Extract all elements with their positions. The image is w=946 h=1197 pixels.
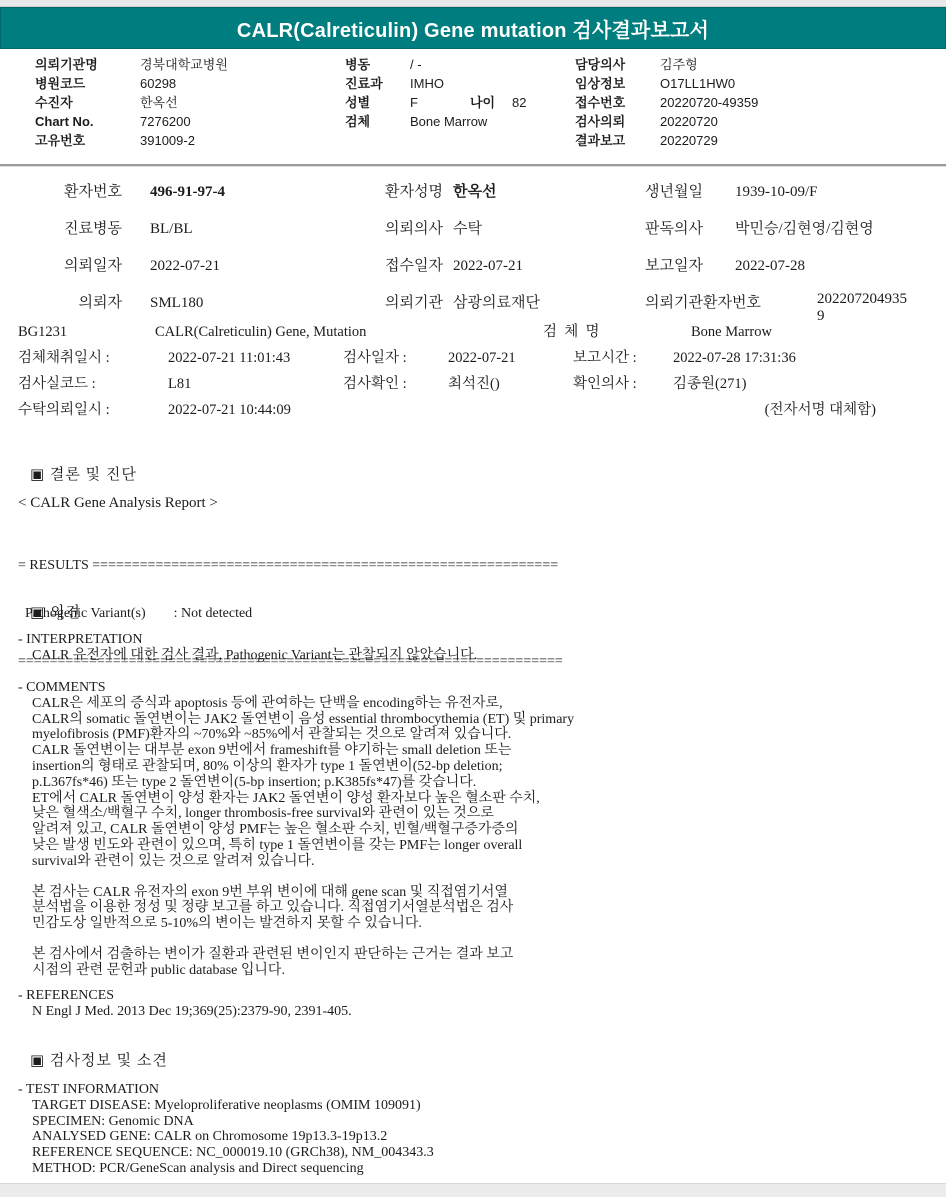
gene-analysis-report-title: < CALR Gene Analysis Report > <box>18 495 218 512</box>
test-row-1: BG1231CALR(Calreticulin) Gene, Mutation검… <box>18 322 936 342</box>
patient-number: 496-91-97-4 <box>122 182 385 202</box>
field-value: O17LL1HW0 <box>660 74 735 93</box>
test-code: BG1231 <box>18 322 155 342</box>
comment-line: 분석법을 이용한 정성 및 정량 보고를 하고 있습니다. 직접염기서열분석법은… <box>18 900 574 916</box>
field-label: 검 체 명 <box>543 322 691 342</box>
header-info-right-column: 담당의사김주형 임상정보O17LL1HW0 접수번호20220720-49359… <box>575 55 758 150</box>
field-label: 진료과 <box>345 74 410 93</box>
header-info-block: 의뢰기관명경북대학교병원 병원코드60298 수진자한옥선 Chart No.7… <box>0 55 946 165</box>
test-row-4: 수탁의뢰일시 :2022-07-21 10:44:09(전자서명 대체함) <box>18 400 936 420</box>
field-label: 수탁의뢰일시 : <box>18 400 168 420</box>
results-header-line: = RESULTS ==============================… <box>18 558 563 574</box>
field-label: 병동 <box>345 55 410 74</box>
field-label: Chart No. <box>35 112 140 131</box>
comments-paragraph-2: 본 검사는 CALR 유전자의 exon 9번 부위 변이에 대해 gene s… <box>18 885 574 932</box>
test-row-3: 검사실코드 :L81검사확인 :최석진()확인의사 :김종원(271) <box>18 374 936 394</box>
reference-citation: N Engl J Med. 2013 Dec 19;369(25):2379-9… <box>18 1004 352 1020</box>
interpretation-title: - INTERPRETATION <box>18 632 477 648</box>
field-value: 한옥선 <box>140 93 178 112</box>
conclusion-section-heading: ▣ 결론 및 진단 <box>30 463 137 484</box>
comments-title: - COMMENTS <box>18 680 574 696</box>
test-information-title: - TEST INFORMATION <box>18 1082 434 1098</box>
field-label: 접수번호 <box>575 93 660 112</box>
field-label: 판독의사 <box>645 219 735 239</box>
field-label: 보고일자 <box>645 256 735 276</box>
field-value: 경북대학교병원 <box>140 55 228 74</box>
lab-code: L81 <box>168 374 343 394</box>
requesting-org: 삼광의료재단 <box>453 293 645 325</box>
field-label: 고유번호 <box>35 131 140 150</box>
comment-line: CALR의 somatic 돌연변이는 JAK2 돌연변이 음성 essenti… <box>18 712 574 728</box>
field-value: / - <box>410 55 422 74</box>
request-date: 2022-07-21 <box>122 256 385 276</box>
patient-row-1: 환자번호496-91-97-4환자성명한옥선생년월일1939-10-09/F <box>28 182 928 202</box>
comment-line: 본 검사는 CALR 유전자의 exon 9번 부위 변이에 대해 gene s… <box>18 885 574 901</box>
test-info-line: ANALYSED GENE: CALR on Chromosome 19p13.… <box>18 1129 434 1145</box>
field-label: 환자번호 <box>28 182 122 202</box>
comment-line: CALR 돌연변이는 대부분 exon 9번에서 frameshift를 야기하… <box>18 743 574 759</box>
field-label: 환자성명 <box>385 182 453 202</box>
field-value: 82 <box>512 93 526 112</box>
field-value: 7276200 <box>140 112 191 131</box>
referring-doctor: 수탁 <box>453 219 645 239</box>
patient-info-grid: 환자번호496-91-97-4환자성명한옥선생년월일1939-10-09/F 진… <box>28 182 928 342</box>
birth-date: 1939-10-09/F <box>735 182 818 202</box>
specimen-value: Bone Marrow <box>691 322 772 342</box>
field-label: 접수일자 <box>385 256 453 276</box>
patient-row-2: 진료병동BL/BL의뢰의사수탁판독의사박민승/김현영/김현영 <box>28 219 928 239</box>
patient-row-3: 의뢰일자2022-07-21접수일자2022-07-21보고일자2022-07-… <box>28 256 928 276</box>
field-row: 담당의사김주형 <box>575 55 758 74</box>
top-gray-strip <box>0 0 946 7</box>
field-label: 의뢰기관환자번호 <box>645 293 817 325</box>
field-value: F <box>410 93 470 112</box>
references-title: - REFERENCES <box>18 988 352 1004</box>
test-info-line: REFERENCE SEQUENCE: NC_000019.10 (GRCh38… <box>18 1145 434 1161</box>
requester-code: SML180 <box>122 293 385 325</box>
field-label: 검체 <box>345 112 410 131</box>
field-row: 의뢰기관명경북대학교병원 <box>35 55 228 74</box>
field-label: 의뢰자 <box>28 293 122 325</box>
ward-value: BL/BL <box>122 219 385 239</box>
interpretation-block: - INTERPRETATION CALR 유전자에 대한 검사 결과, Pat… <box>18 632 477 664</box>
comment-line: ET에서 CALR 돌연변이 양성 환자는 JAK2 돌연변이 양성 환자보다 … <box>18 791 574 807</box>
report-title: CALR(Calreticulin) Gene mutation 검사결과보고서 <box>237 14 709 43</box>
field-value: 20220720-49359 <box>660 93 758 112</box>
section-divider <box>0 164 946 167</box>
comment-line: 알려져 있고, CALR 돌연변이 양성 PMF는 높은 혈소판 수치, 빈혈/… <box>18 822 574 838</box>
field-row: 임상정보O17LL1HW0 <box>575 74 758 93</box>
comments-block: - COMMENTS CALR은 세포의 증식과 apoptosis 등에 관여… <box>18 680 574 994</box>
esignature-note: (전자서명 대체함) <box>765 400 876 420</box>
references-block: - REFERENCES N Engl J Med. 2013 Dec 19;3… <box>18 988 352 1020</box>
outsource-request-datetime: 2022-07-21 10:44:09 <box>168 400 343 420</box>
field-label: 병원코드 <box>35 74 140 93</box>
field-value: 20220729 <box>660 131 718 150</box>
comment-line: 시점의 관련 문헌과 public database 입니다. <box>18 963 574 979</box>
field-row: Chart No.7276200 <box>35 112 228 131</box>
field-label: 의뢰의사 <box>385 219 453 239</box>
comment-line: 본 검사에서 검출하는 변이가 질환과 관련된 변이인지 판단하는 근거는 결과… <box>18 947 574 963</box>
field-label: 검사의뢰 <box>575 112 660 131</box>
field-label: 진료병동 <box>28 219 122 239</box>
field-label: 나이 <box>470 93 512 112</box>
field-value: 20220720 <box>660 112 718 131</box>
comments-paragraph-3: 본 검사에서 검출하는 변이가 질환과 관련된 변이인지 판단하는 근거는 결과… <box>18 947 574 979</box>
test-info-line: TARGET DISEASE: Myeloproliferative neopl… <box>18 1098 434 1114</box>
field-row: 병원코드60298 <box>35 74 228 93</box>
field-label: 검체채취일시 : <box>18 348 168 368</box>
field-label: 보고시간 : <box>573 348 673 368</box>
field-row: 고유번호391009-2 <box>35 131 228 150</box>
org-patient-number: 2022072049359 <box>817 291 909 325</box>
test-detail-block: BG1231CALR(Calreticulin) Gene, Mutation검… <box>18 322 936 426</box>
field-row: 진료과IMHO <box>345 74 526 93</box>
field-label: 결과보고 <box>575 131 660 150</box>
comment-line: p.L367fs*46) 또는 type 2 돌연변이(5-bp inserti… <box>18 775 574 791</box>
test-information-block: - TEST INFORMATION TARGET DISEASE: Myelo… <box>18 1082 434 1177</box>
comment-line: myelofibrosis (PMF)환자의 ~70%와 ~85%에서 관찰되는… <box>18 727 574 743</box>
header-info-left-column: 의뢰기관명경북대학교병원 병원코드60298 수진자한옥선 Chart No.7… <box>35 55 228 150</box>
bottom-gray-strip <box>0 1183 946 1197</box>
exam-verifier: 최석진() <box>448 374 573 394</box>
receipt-date: 2022-07-21 <box>453 256 645 276</box>
field-label: 확인의사 : <box>573 374 673 394</box>
comment-line: CALR은 세포의 증식과 apoptosis 등에 관여하는 단백을 enco… <box>18 696 574 712</box>
field-row: 검사의뢰20220720 <box>575 112 758 131</box>
field-label: 생년월일 <box>645 182 735 202</box>
comments-paragraph-1: CALR은 세포의 증식과 apoptosis 등에 관여하는 단백을 enco… <box>18 696 574 870</box>
test-info-line: METHOD: PCR/GeneScan analysis and Direct… <box>18 1161 434 1177</box>
comment-line: 낮은 발생 빈도와 관련이 있으며, 특히 type 1 돌연변이를 갖는 PM… <box>18 838 574 854</box>
field-label: 검사일자 : <box>343 348 448 368</box>
test-name: CALR(Calreticulin) Gene, Mutation <box>155 322 543 342</box>
field-row: 병동/ - <box>345 55 526 74</box>
field-row: 접수번호20220720-49359 <box>575 93 758 112</box>
opinion-section-heading: ▣ 의견 <box>30 601 81 622</box>
test-info-section-heading: ▣ 검사정보 및 소견 <box>30 1049 168 1070</box>
field-value: 60298 <box>140 74 176 93</box>
field-row-sex-age: 성별F나이82 <box>345 93 526 112</box>
field-value: Bone Marrow <box>410 112 487 131</box>
report-datetime: 2022-07-28 17:31:36 <box>673 348 796 368</box>
field-label: 임상정보 <box>575 74 660 93</box>
comment-line: survival와 관련이 있는 것으로 알려져 있습니다. <box>18 854 574 870</box>
comment-line: 민감도상 일반적으로 5-10%의 변이는 발견하지 못할 수 있습니다. <box>18 916 574 932</box>
field-value: 김주형 <box>660 55 698 74</box>
field-row: 검체Bone Marrow <box>345 112 526 131</box>
collection-datetime: 2022-07-21 11:01:43 <box>168 348 343 368</box>
field-label: 검사실코드 : <box>18 374 168 394</box>
report-date: 2022-07-28 <box>735 256 805 276</box>
field-label: 검사확인 : <box>343 374 448 394</box>
field-label: 담당의사 <box>575 55 660 74</box>
reading-doctor: 박민승/김현영/김현영 <box>735 219 874 239</box>
field-label: 의뢰기관명 <box>35 55 140 74</box>
comment-line: insertion의 형태로 관찰되며, 80% 이상의 환자가 type 1 … <box>18 759 574 775</box>
test-row-2: 검체채취일시 :2022-07-21 11:01:43검사일자 :2022-07… <box>18 348 936 368</box>
patient-row-4: 의뢰자SML180의뢰기관삼광의료재단의뢰기관환자번호2022072049359 <box>28 293 928 325</box>
report-title-banner: CALR(Calreticulin) Gene mutation 검사결과보고서 <box>0 7 946 49</box>
pathogenic-variant-result: Pathogenic Variant(s) : Not detected <box>18 606 563 622</box>
field-value: IMHO <box>410 74 444 93</box>
interpretation-body: CALR 유전자에 대한 검사 결과, Pathogenic Variant는 … <box>18 648 477 664</box>
field-label: 의뢰일자 <box>28 256 122 276</box>
header-info-middle-column: 병동/ - 진료과IMHO 성별F나이82 검체Bone Marrow <box>345 55 526 131</box>
field-label: 의뢰기관 <box>385 293 453 325</box>
exam-date: 2022-07-21 <box>448 348 573 368</box>
field-label: 성별 <box>345 93 410 112</box>
confirming-doctor: 김종원(271) <box>673 374 746 394</box>
field-row: 결과보고20220729 <box>575 131 758 150</box>
field-value: 391009-2 <box>140 131 195 150</box>
field-label: 수진자 <box>35 93 140 112</box>
field-row: 수진자한옥선 <box>35 93 228 112</box>
comment-line: 낮은 혈색소/백혈구 수치, longer thrombosis-free su… <box>18 806 574 822</box>
patient-name: 한옥선 <box>453 182 645 202</box>
test-info-line: SPECIMEN: Genomic DNA <box>18 1114 434 1130</box>
